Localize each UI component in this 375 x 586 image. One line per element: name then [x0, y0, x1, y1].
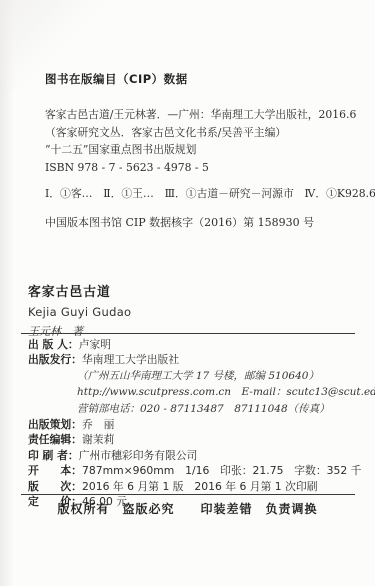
cip-record-line: “十二五”国家重点图书出版规划	[45, 141, 357, 159]
row-value: 营销部电话：020 - 87113487 87111048（传真）	[77, 403, 330, 415]
row-label: 责任编辑：	[28, 433, 82, 446]
publication-row-planner: 出版策划：乔 丽	[28, 417, 361, 432]
row-label: 印 刷 者：	[28, 449, 79, 462]
cip-record-line: 客家古邑古道/王元林著．—广州：华南理工大学出版社，2016.6	[45, 106, 357, 124]
cip-registry-number: 中国版本图书馆 CIP 数据核字（2016）第 158930 号	[45, 214, 357, 230]
row-value: 787mm×960mm 1/16 印张：21.75 字数：352 千	[82, 464, 362, 477]
cip-data-section: 图书在版编目（CIP）数据 客家古邑古道/王元林著．—广州：华南理工大学出版社，…	[45, 71, 357, 230]
cip-classification: Ⅰ．①客… Ⅱ．①王… Ⅲ．①古道－研究－河源市 Ⅳ．①K928.6	[45, 186, 357, 201]
cip-isbn: ISBN 978 - 7 - 5623 - 4978 - 5	[45, 159, 357, 177]
cip-heading: 图书在版编目（CIP）数据	[45, 71, 357, 87]
publication-row-edition: 版 次：2016 年 6 月第 1 版 2016 年 6 月第 1 次印刷	[28, 479, 361, 494]
row-value: http://www.scutpress.com.cn E-mail：scutc…	[77, 386, 375, 398]
publication-row-printer: 印 刷 者：广州市穗彩印务有限公司	[28, 448, 361, 463]
divider-rule-top	[21, 333, 355, 334]
publication-row-web-email: http://www.scutpress.com.cn E-mail：scutc…	[28, 384, 361, 400]
row-value: 2016 年 6 月第 1 版 2016 年 6 月第 1 次印刷	[82, 480, 318, 493]
row-value: 谢茉莉	[82, 433, 114, 446]
book-title-block: 客家古邑古道 Kejia Guyi Gudao 王元林 著	[28, 281, 131, 339]
book-title: 客家古邑古道	[28, 281, 131, 300]
row-label: 出版策划：	[28, 418, 82, 431]
cip-record-line: （客家研究文丛．客家古邑文化书系/吴善平主编）	[45, 124, 357, 142]
book-copyright-page: 图书在版编目（CIP）数据 客家古邑古道/王元林著．—广州：华南理工大学出版社，…	[0, 0, 375, 586]
publication-row-format: 开 本：787mm×960mm 1/16 印张：21.75 字数：352 千	[28, 463, 361, 478]
row-value: （广州五山华南理工大学 17 号楼，邮编 510640）	[77, 370, 319, 382]
row-label: 开 本：	[28, 464, 82, 477]
publication-row-editor: 责任编辑：谢茉莉	[28, 432, 361, 447]
row-label: 版 次：	[28, 480, 82, 493]
row-value: 华南理工大学出版社	[82, 353, 179, 366]
row-label: 出版发行：	[28, 353, 82, 366]
publication-row-publisher-person: 出 版 人：卢家明	[28, 337, 361, 352]
divider-rule-bottom	[21, 494, 355, 495]
row-value: 卢家明	[79, 338, 111, 351]
scan-edge-shading-left	[0, 0, 14, 586]
publication-row-publisher: 出版发行：华南理工大学出版社	[28, 352, 361, 367]
copyright-notice: 版权所有 盗版必究 印装差错 负责调换	[0, 500, 375, 517]
publication-info-section: 出 版 人：卢家明 出版发行：华南理工大学出版社 （广州五山华南理工大学 17 …	[28, 337, 361, 509]
publication-row-address: （广州五山华南理工大学 17 号楼，邮编 510640）	[28, 368, 361, 384]
row-value: 广州市穗彩印务有限公司	[79, 449, 198, 462]
row-label: 出 版 人：	[28, 338, 79, 351]
publication-row-phone: 营销部电话：020 - 87113487 87111048（传真）	[28, 401, 361, 417]
book-title-pinyin: Kejia Guyi Gudao	[28, 305, 131, 319]
row-value: 乔 丽	[82, 418, 114, 431]
